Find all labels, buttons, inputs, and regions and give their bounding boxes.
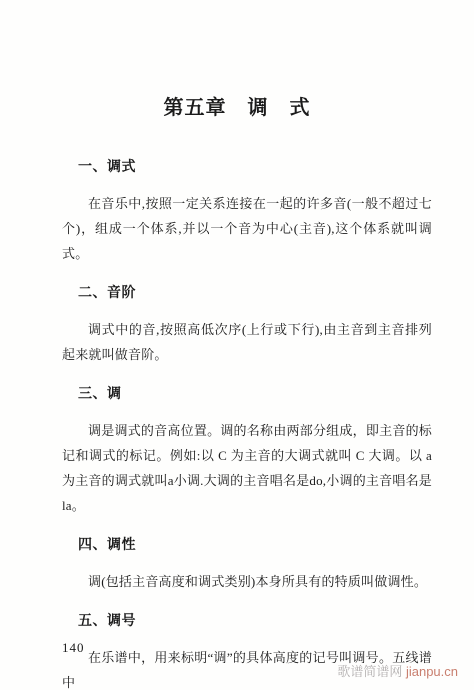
section-heading-mode: 一、调式	[78, 158, 432, 178]
section-paragraph-tonality: 调(包括主音高度和调式类别)本身所具有的特质叫做调性。	[62, 569, 432, 594]
section-heading-scale: 二、音阶	[78, 284, 432, 304]
page-content: 一、调式 在音乐中,按照一定关系连接在一起的许多音(一般不超过七个)，组成一个体…	[0, 158, 474, 690]
section-paragraph-key: 调是调式的音高位置。调的名称由两部分组成，即主音的标记和调式的标记。例如:以 C…	[62, 418, 432, 518]
section-paragraph-mode: 在音乐中,按照一定关系连接在一起的许多音(一般不超过七个)，组成一个体系,并以一…	[62, 191, 432, 266]
section-heading-key: 三、调	[78, 385, 432, 405]
section-paragraph-scale: 调式中的音,按照高低次序(上行或下行),由主音到主音排列起来就叫做音阶。	[62, 317, 432, 367]
site-watermark: 歌谱简谱网 jianpu.cn	[337, 661, 458, 680]
watermark-site-name: 歌谱简谱网	[337, 664, 402, 679]
section-heading-tonality: 四、调性	[78, 536, 432, 556]
book-page: 第五章 调 式 一、调式 在音乐中,按照一定关系连接在一起的许多音(一般不超过七…	[0, 0, 474, 690]
section-heading-key-signature: 五、调号	[78, 612, 432, 632]
page-number: 140	[62, 640, 85, 656]
watermark-site-url: jianpu.cn	[406, 664, 458, 679]
chapter-title: 第五章 调 式	[0, 0, 474, 121]
